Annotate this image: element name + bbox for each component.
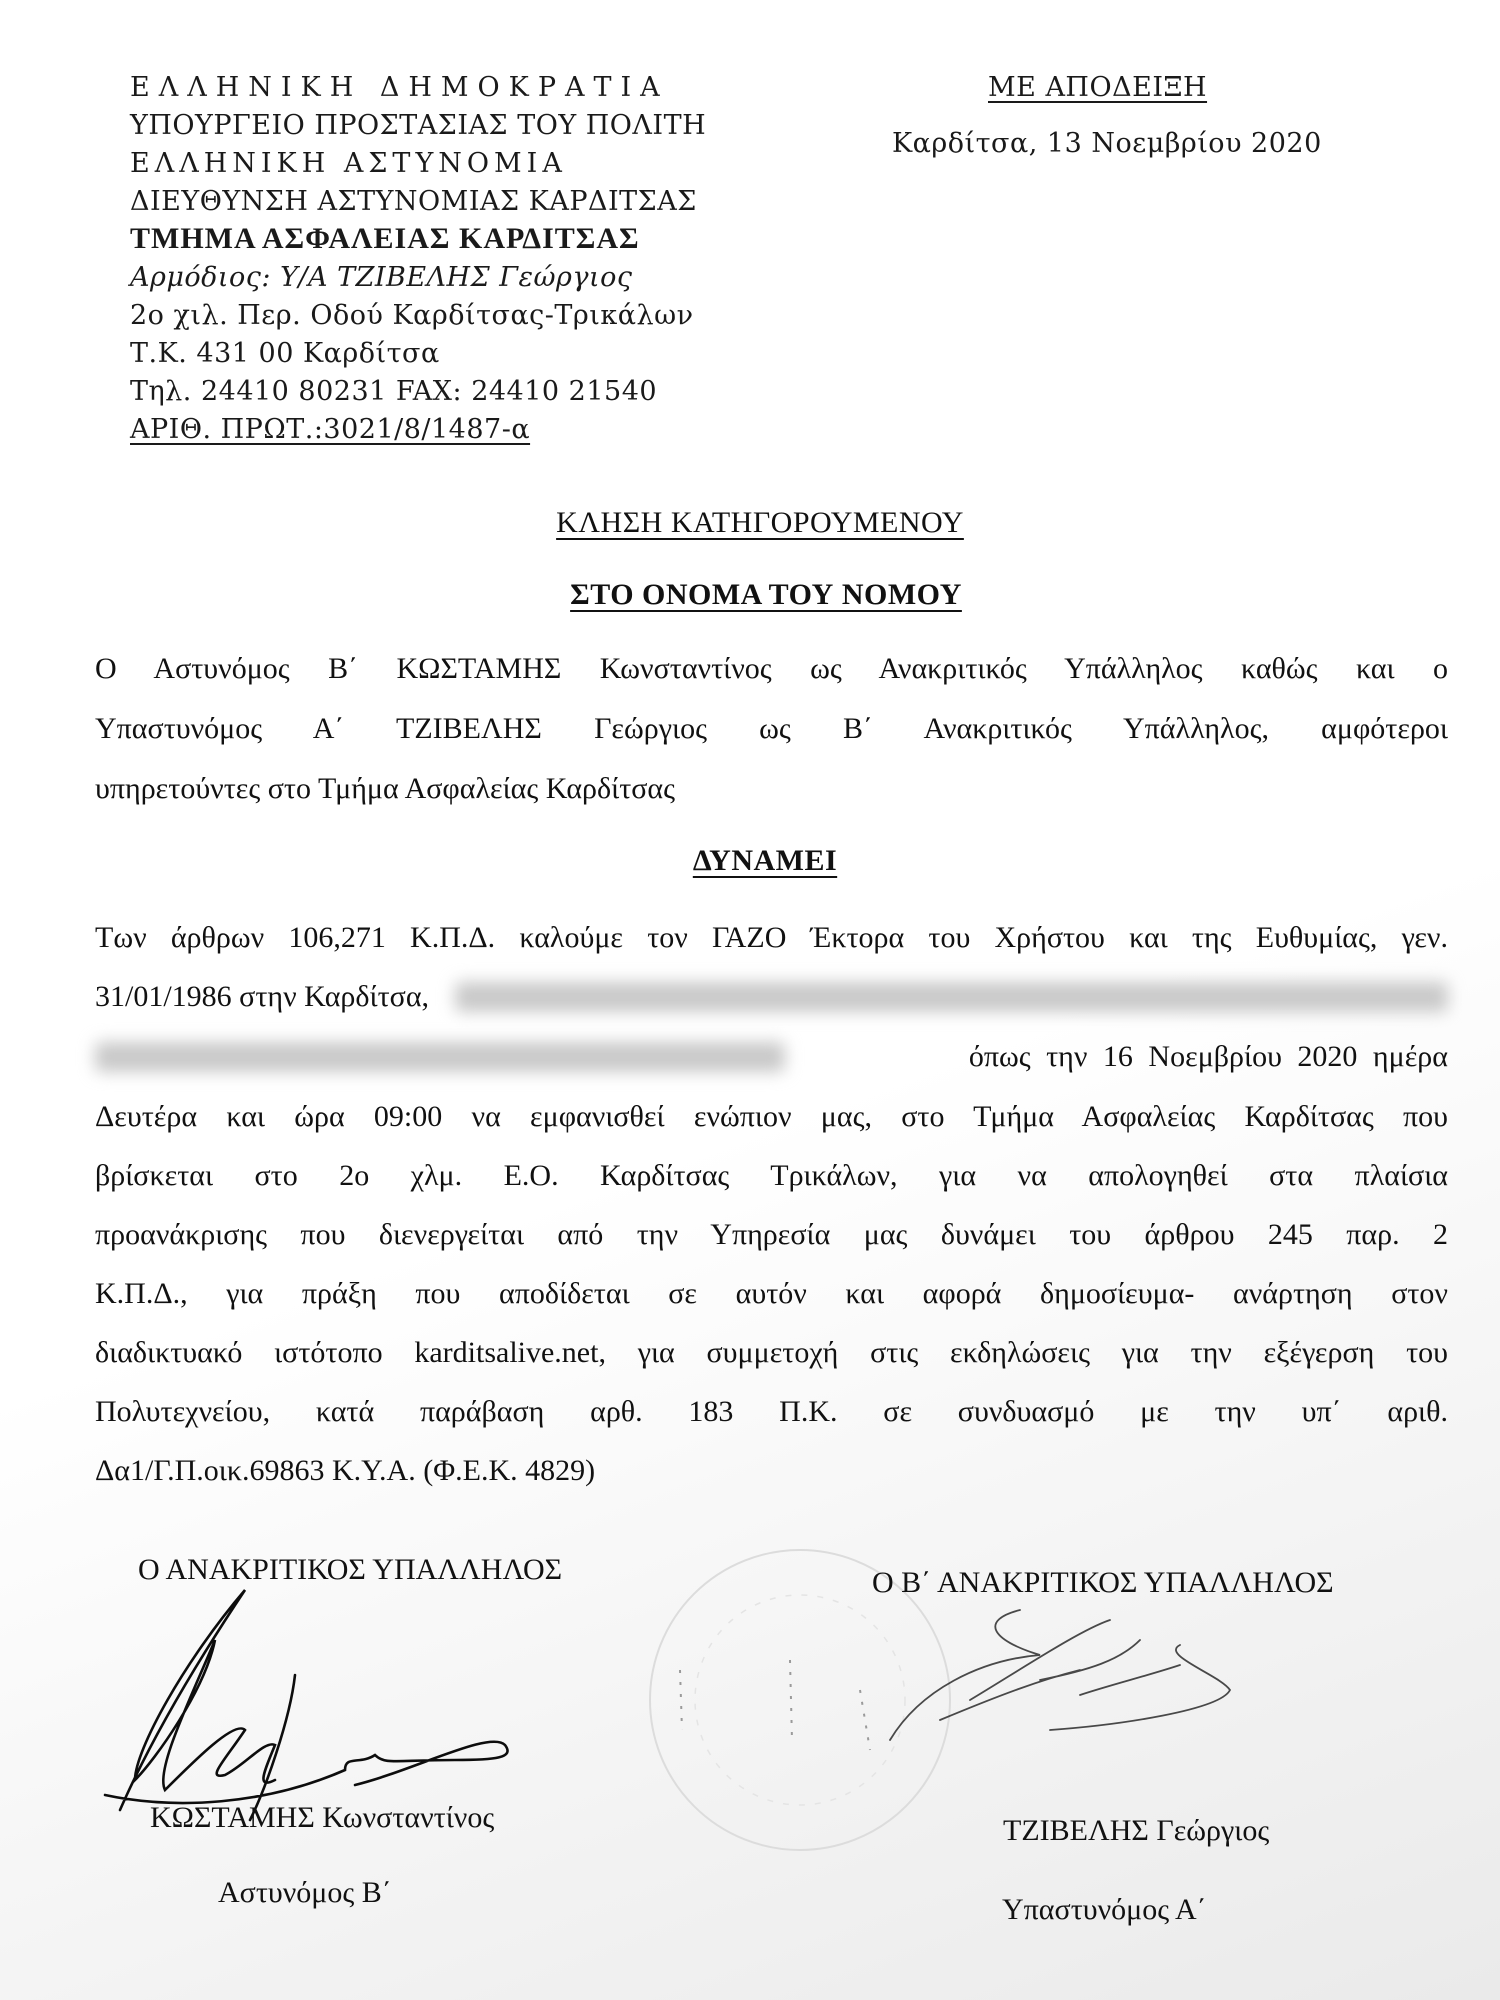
header-line-ministry: ΥΠΟΥΡΓΕΙΟ ΠΡΟΣΤΑΣΙΑΣ ΤΟΥ ΠΟΛΙΤΗ: [130, 110, 706, 141]
header-line-department: ΤΜΗΜΑ ΑΣΦΑΛΕΙΑΣ ΚΑΡΔΙΤΣΑΣ: [130, 222, 640, 256]
body-line-redacted: όπως την 16 Νοεμβρίου 2020 ημέρα: [95, 1040, 1448, 1074]
body-line: Δευτέρα και ώρα 09:00 να εμφανισθεί ενώπ…: [95, 1100, 1448, 1134]
document-subtitle: ΣΤΟ ΟΝΟΜΑ ΤΟΥ ΝΟΜΟΥ: [0, 578, 1500, 612]
header-line-directorate: ΔΙΕΥΘΥΝΣΗ ΑΣΤΥΝΟΜΙΑΣ ΚΑΡΔΙΤΣΑΣ: [130, 186, 697, 217]
header-line-address: 2ο χιλ. Περ. Οδού Καρδίτσας-Τρικάλων: [130, 300, 694, 331]
signature-left-icon: [95, 1580, 545, 1820]
redacted-block: [455, 982, 1448, 1012]
header-line-postcode: Τ.Κ. 431 00 Καρδίτσα: [130, 338, 440, 369]
section-heading: ΔΥΝΑΜΕΙ: [0, 844, 1500, 878]
body-line: Κ.Π.Δ., για πράξη που αποδίδεται σε αυτό…: [95, 1277, 1448, 1311]
document-page: ΕΛΛΗΝΙΚΗ ΔΗΜΟΚΡΑΤΙΑ ΥΠΟΥΡΓΕΙΟ ΠΡΟΣΤΑΣΙΑΣ…: [0, 0, 1500, 2000]
header-line-phone-fax: Τηλ. 24410 80231 FAX: 24410 21540: [130, 376, 657, 407]
document-title: ΚΛΗΣΗ ΚΑΤΗΓΟΡΟΥΜΕΝΟΥ: [0, 506, 1500, 540]
protocol-number: ΑΡΙΘ. ΠΡΩΤ.:3021/8/1487-α: [130, 414, 530, 445]
body-line: προανάκρισης που διενεργείται από την Υπ…: [95, 1218, 1448, 1252]
place-date: Καρδίτσα, 13 Νοεμβρίου 2020: [892, 128, 1322, 159]
signatory-left-rank: Αστυνόμος Β΄: [218, 1876, 392, 1910]
delivery-note: ΜΕ ΑΠΟΔΕΙΞΗ: [988, 72, 1207, 103]
appearance-date: όπως την 16 Νοεμβρίου 2020 ημέρα: [969, 1040, 1448, 1074]
body-line: Πολυτεχνείου, κατά παράβαση αρθ. 183 Π.Κ…: [95, 1395, 1448, 1429]
body-line: διαδικτυακό ιστότοπο karditsalive.net, γ…: [95, 1336, 1448, 1370]
body-line: Δα1/Γ.Π.οικ.69863 Κ.Υ.Α. (Φ.Ε.Κ. 4829): [95, 1454, 1448, 1488]
header-line-officer-in-charge: Αρμόδιος: Υ/Α ΤΖΙΒΕΛΗΣ Γεώργιος: [130, 262, 633, 293]
redacted-block: [95, 1042, 785, 1072]
intro-line: Ο Αστυνόμος Β΄ ΚΩΣΤΑΜΗΣ Κωνσταντίνος ως …: [95, 652, 1448, 686]
header-line-police: ΕΛΛΗΝΙΚΗ ΑΣΤΥΝΟΜΙΑ: [130, 148, 567, 179]
body-line: βρίσκεται στο 2ο χλμ. Ε.Ο. Καρδίτσας Τρι…: [95, 1159, 1448, 1193]
signature-right-icon: [880, 1600, 1300, 1750]
signatory-left-name: ΚΩΣΤΑΜΗΣ Κωνσταντίνος: [150, 1801, 494, 1835]
signatory-right-rank: Υπαστυνόμος Α΄: [1002, 1893, 1207, 1927]
body-line: Των άρθρων 106,271 Κ.Π.Δ. καλούμε τον ΓΑ…: [95, 921, 1448, 955]
signatory-right-role: Ο Β΄ ΑΝΑΚΡΙΤΙΚΟΣ ΥΠΑΛΛΗΛΟΣ: [872, 1566, 1334, 1600]
birth-date-place: 31/01/1986 στην Καρδίτσα,: [95, 980, 429, 1014]
intro-line: υπηρετούντες στο Τμήμα Ασφαλείας Καρδίτσ…: [95, 772, 1448, 806]
body-line-redacted: 31/01/1986 στην Καρδίτσα,: [95, 980, 1448, 1014]
intro-line: Υπαστυνόμος Α΄ ΤΖΙΒΕΛΗΣ Γεώργιος ως Β΄ Α…: [95, 712, 1448, 746]
header-line-republic: ΕΛΛΗΝΙΚΗ ΔΗΜΟΚΡΑΤΙΑ: [130, 72, 669, 103]
signatory-right-name: ΤΖΙΒΕΛΗΣ Γεώργιος: [1003, 1814, 1269, 1848]
